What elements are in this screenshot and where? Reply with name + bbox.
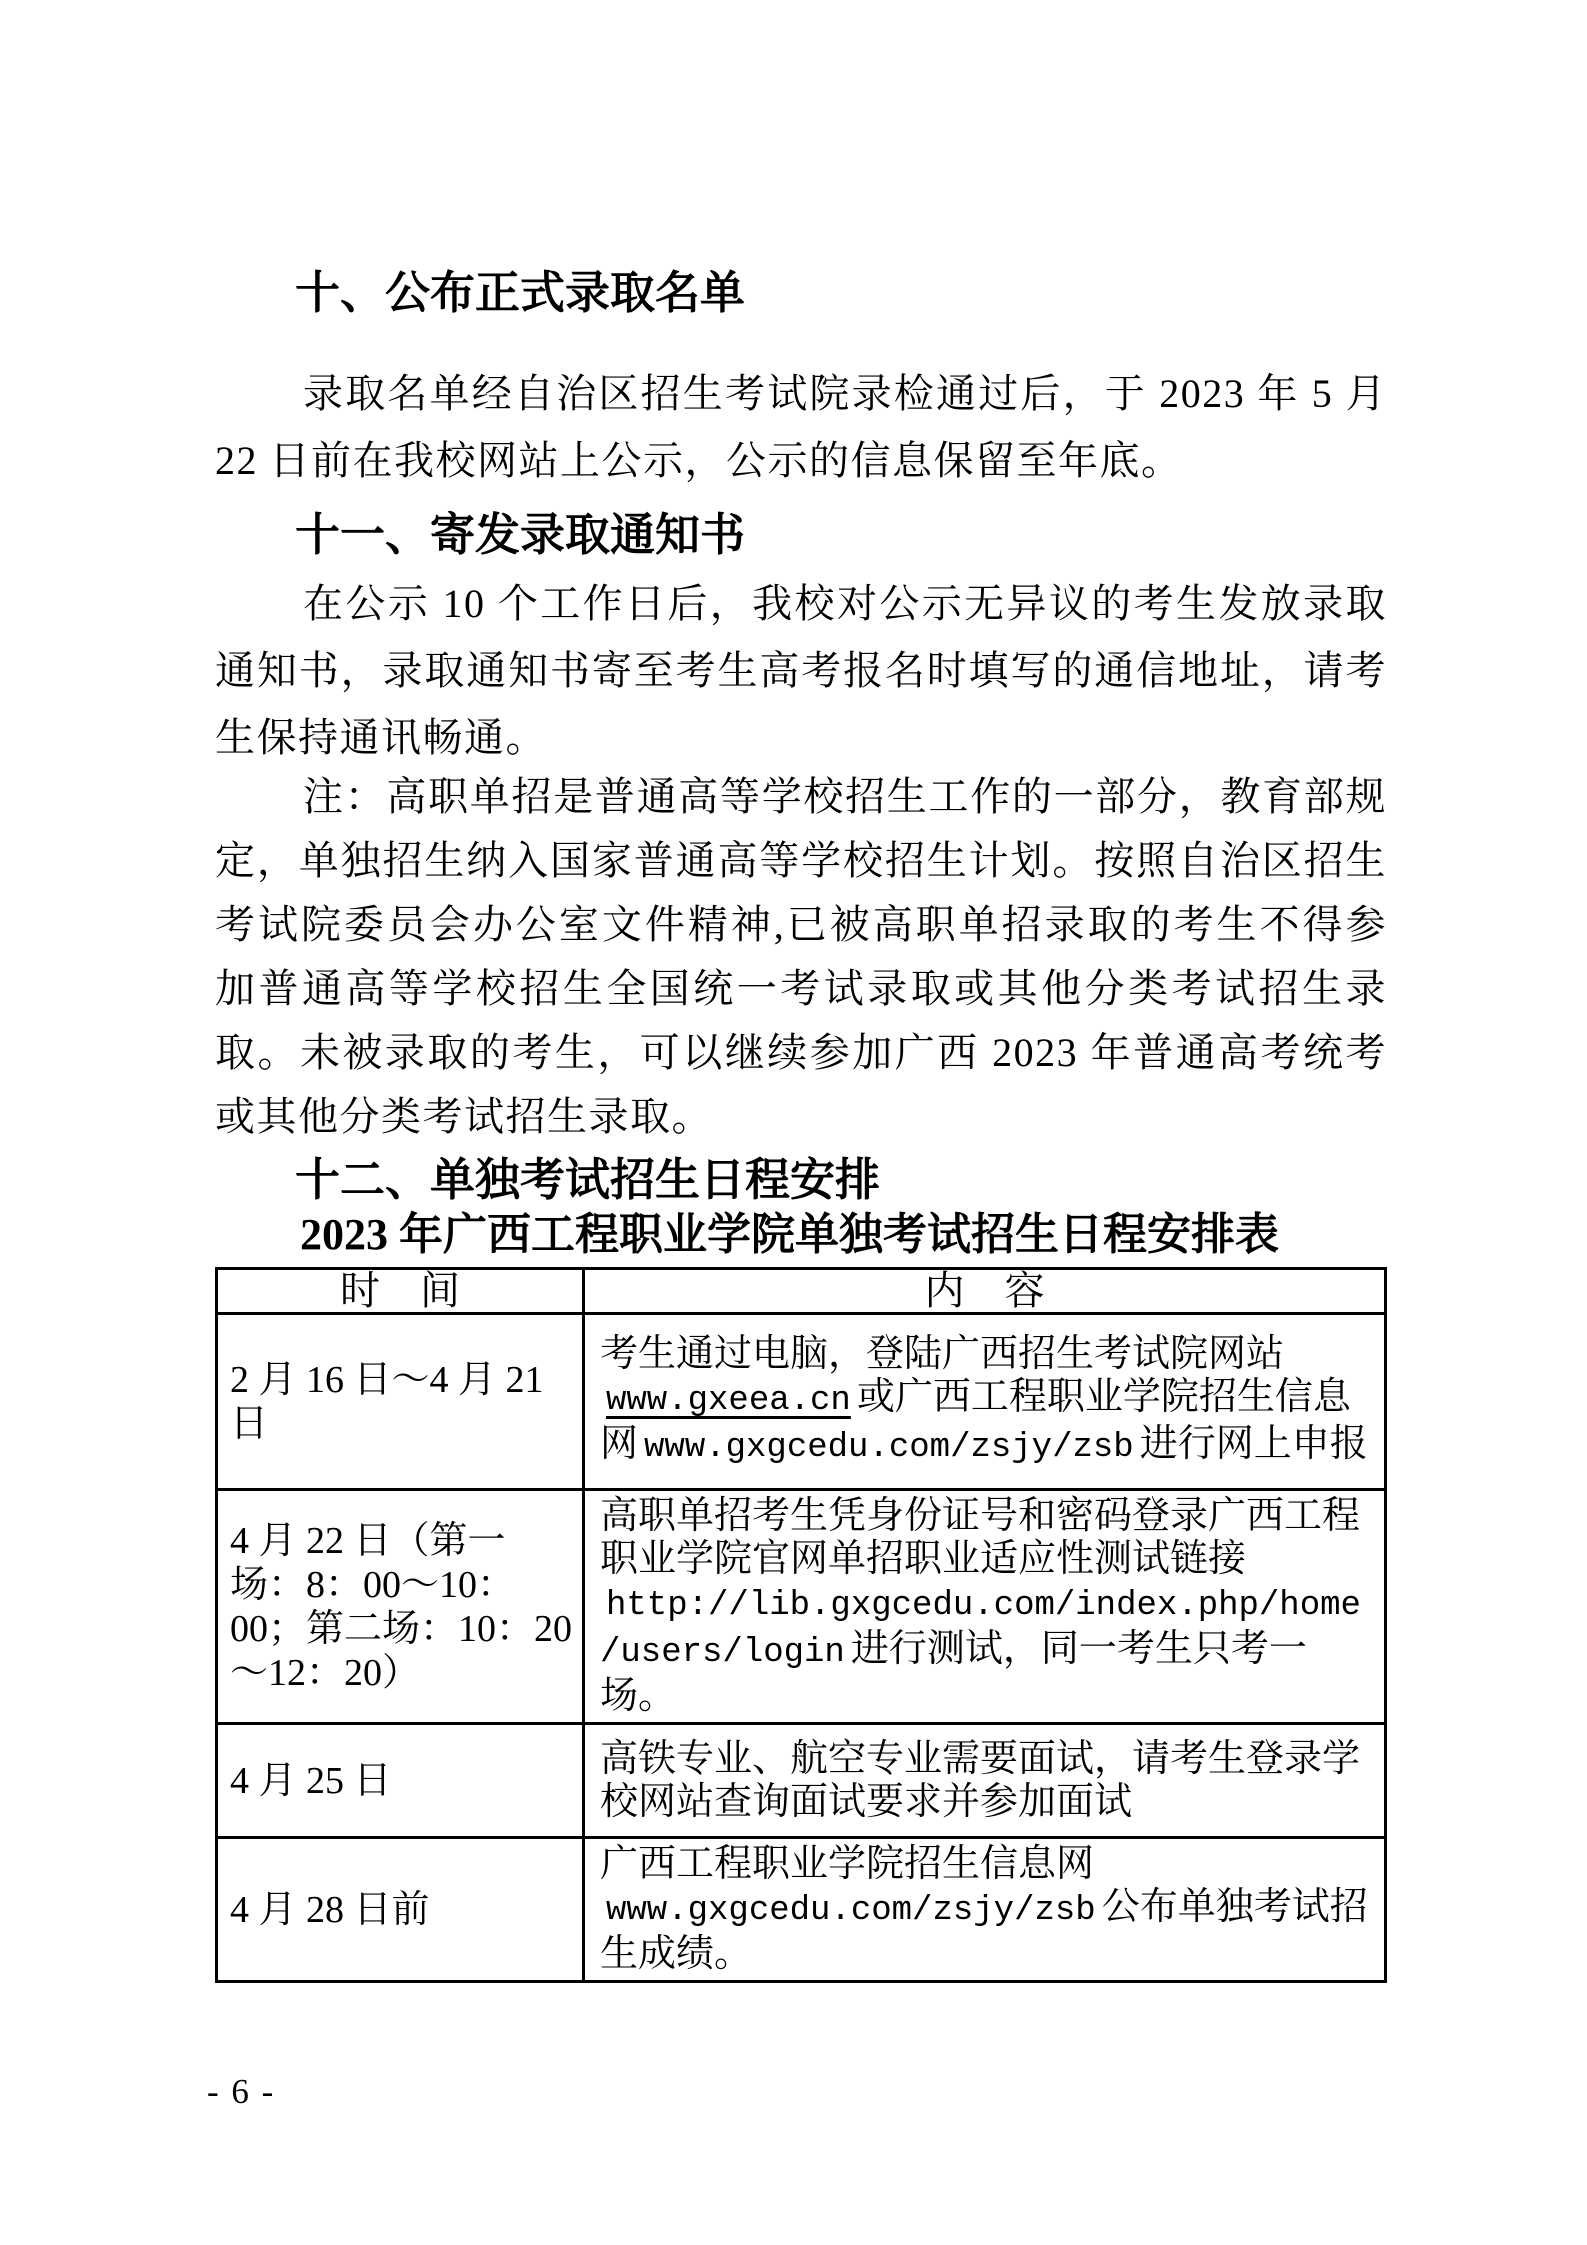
section-heading-10: 十、公布正式录取名单 [295, 268, 1387, 318]
paragraph-section11-note: 注：高职单招是普通高等学校招生工作的一部分，教育部规定，单独招生纳入国家普通高等… [215, 765, 1387, 1149]
table-row: 4 月 25 日 高铁专业、航空专业需要面试，请考生登录学校网站查询面试要求并参… [217, 1724, 1386, 1838]
row2-text-before: 高职单招考生凭身份证号和密码登录广西工程职业学院官网单招职业适应性测试链接 [600, 1495, 1360, 1580]
row1-text-after: 进行网上申报 [1140, 1423, 1368, 1465]
row1-time: 2 月 16 日～4 月 21 日 [217, 1314, 584, 1490]
column-header-content: 内 容 [584, 1269, 1386, 1314]
row3-time: 4 月 25 日 [217, 1724, 584, 1838]
row4-content: 广西工程职业学院招生信息网www.gxgcedu.com/zsjy/zsb公布单… [584, 1838, 1386, 1982]
paragraph-section10: 录取名单经自治区招生考试院录检通过后，于 2023 年 5 月 22 日前在我校… [215, 360, 1387, 494]
row1-text-before: 考生通过电脑，登陆广西招生考试院网站 [600, 1333, 1284, 1375]
paragraph-section11: 在公示 10 个工作日后，我校对公示无异议的考生发放录取通知书，录取通知书寄至考… [215, 570, 1387, 771]
table-row: 2 月 16 日～4 月 21 日 考生通过电脑，登陆广西招生考试院网站www.… [217, 1314, 1386, 1490]
row1-link-gxeea: www.gxeea.cn [606, 1382, 851, 1420]
row4-time: 4 月 28 日前 [217, 1838, 584, 1982]
row1-url-gxgcedu: www.gxgcedu.com/zsjy/zsb [644, 1429, 1134, 1467]
table-row: 4 月 22 日（第一场：8：00～10：00；第二场：10：20～12：20）… [217, 1490, 1386, 1724]
document-page: 十、公布正式录取名单 录取名单经自治区招生考试院录检通过后，于 2023 年 5… [0, 0, 1587, 2245]
row4-text-before: 广西工程职业学院招生信息网 [600, 1843, 1094, 1885]
row3-text: 高铁专业、航空专业需要面试，请考生登录学校网站查询面试要求并参加面试 [600, 1738, 1360, 1823]
row1-content: 考生通过电脑，登陆广西招生考试院网站www.gxeea.cn或广西工程职业学院招… [584, 1314, 1386, 1490]
row2-content: 高职单招考生凭身份证号和密码登录广西工程职业学院官网单招职业适应性测试链接htt… [584, 1490, 1386, 1724]
table-header-row: 时 间 内 容 [217, 1269, 1386, 1314]
row2-time: 4 月 22 日（第一场：8：00～10：00；第二场：10：20～12：20） [217, 1490, 584, 1724]
row4-url-gxgcedu: www.gxgcedu.com/zsjy/zsb [606, 1892, 1096, 1930]
page-number: - 6 - [207, 2072, 275, 2112]
section-heading-12: 十二、单独考试招生日程安排 [295, 1155, 1387, 1205]
column-header-time: 时 间 [217, 1269, 584, 1314]
schedule-table-caption: 2023 年广西工程职业学院单独考试招生日程安排表 [300, 1211, 1387, 1259]
table-row: 4 月 28 日前 广西工程职业学院招生信息网www.gxgcedu.com/z… [217, 1838, 1386, 1982]
section-heading-11: 十一、寄发录取通知书 [295, 510, 1387, 560]
row3-content: 高铁专业、航空专业需要面试，请考生登录学校网站查询面试要求并参加面试 [584, 1724, 1386, 1838]
schedule-table: 时 间 内 容 2 月 16 日～4 月 21 日 考生通过电脑，登陆广西招生考… [215, 1267, 1387, 1983]
